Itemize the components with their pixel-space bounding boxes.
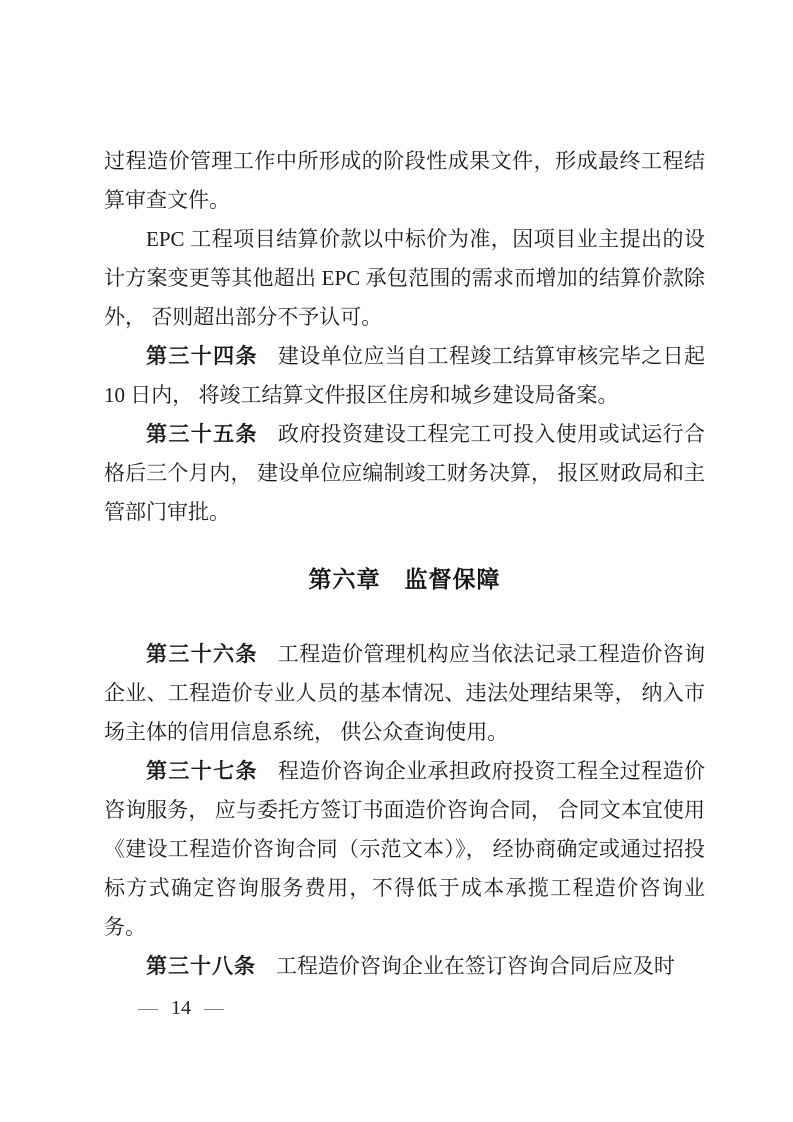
article-paragraph-38: 第三十八条工程造价咨询企业在签订咨询合同后应及时: [104, 947, 705, 986]
article-number: 第三十七条: [146, 760, 258, 783]
article-paragraph-35: 第三十五条政府投资建设工程完工可投入使用或试运行合格后三个月内， 建设单位应编制…: [104, 415, 705, 532]
footer-dash-right: —: [204, 996, 224, 1020]
chapter-heading: 第六章 监督保障: [104, 560, 705, 599]
page-footer: — 14 —: [138, 996, 224, 1020]
article-paragraph-36: 第三十六条工程造价管理机构应当依法记录工程造价咨询企业、工程造价专业人员的基本情…: [104, 635, 705, 752]
article-text: 程造价咨询企业承担政府投资工程全过程造价咨询服务， 应与委托方签订书面造价咨询合…: [104, 759, 705, 939]
paragraph-continuation: 过程造价管理工作中所形成的阶段性成果文件，形成最终工程结算审查文件。: [104, 142, 705, 220]
article-text: 工程造价咨询企业在签订咨询合同后应及时: [276, 954, 675, 978]
page-number: 14: [171, 996, 191, 1020]
paragraph-epc-settlement: EPC 工程项目结算价款以中标价为准，因项目业主提出的设计方案变更等其他超出 E…: [104, 220, 705, 337]
document-page: 过程造价管理工作中所形成的阶段性成果文件，形成最终工程结算审查文件。 EPC 工…: [0, 0, 793, 1122]
document-body: 过程造价管理工作中所形成的阶段性成果文件，形成最终工程结算审查文件。 EPC 工…: [104, 142, 705, 986]
article-number: 第三十六条: [146, 643, 258, 666]
article-number: 第三十四条: [146, 345, 258, 368]
article-number: 第三十五条: [146, 423, 258, 446]
footer-dash-left: —: [138, 996, 158, 1020]
article-paragraph-34: 第三十四条建设单位应当自工程竣工结算审核完毕之日起 10 日内， 将竣工结算文件…: [104, 337, 705, 415]
article-number: 第三十八条: [146, 955, 256, 978]
article-paragraph-37: 第三十七条程造价咨询企业承担政府投资工程全过程造价咨询服务， 应与委托方签订书面…: [104, 752, 705, 947]
